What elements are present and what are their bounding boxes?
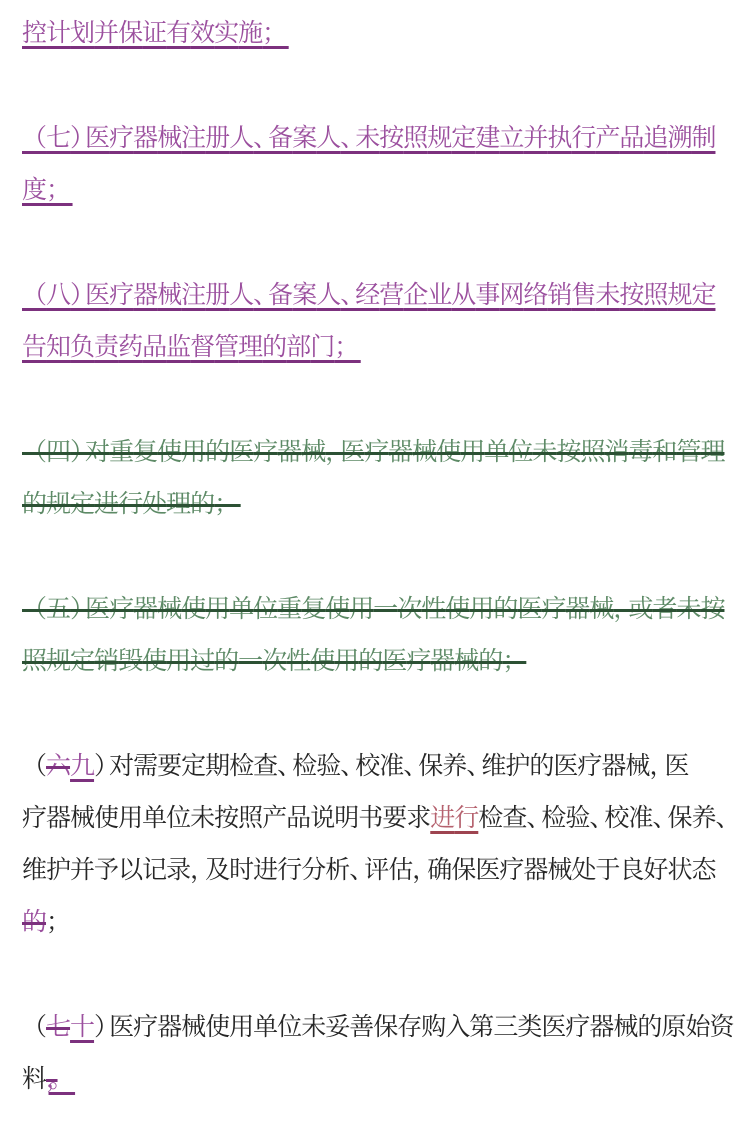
glyph: 械 xyxy=(625,753,649,780)
glyph: 准 xyxy=(379,753,403,780)
glyph: 制 xyxy=(691,125,715,152)
glyph: 查 xyxy=(253,753,277,780)
text-run: 九 xyxy=(70,753,94,780)
glyph: 定 xyxy=(451,125,475,152)
glyph: 检 xyxy=(292,753,316,780)
glyph: 未 xyxy=(355,125,379,152)
glyph: 医 xyxy=(109,1014,133,1041)
text-run: （七）医疗器械注册人、备案人、未按照规定建立并执行产品追溯制 xyxy=(22,125,715,152)
glyph: 疗 xyxy=(109,125,133,152)
glyph: 人 xyxy=(316,125,340,152)
text-line: 料，。 xyxy=(22,1054,722,1106)
text-run: ）对需要定期检查、检验、校准、保养、维护的医疗器械，医 xyxy=(94,753,688,780)
glyph: 用 xyxy=(205,596,229,623)
glyph: 医 xyxy=(553,753,577,780)
glyph: 备 xyxy=(268,125,292,152)
glyph: 者 xyxy=(652,596,676,623)
glyph: 疗 xyxy=(541,596,565,623)
glyph: 用 xyxy=(166,648,190,675)
glyph: 未 xyxy=(595,282,619,309)
glyph: 管 xyxy=(214,334,238,361)
glyph: 护 xyxy=(505,753,529,780)
glyph: 保 xyxy=(373,1014,397,1041)
glyph: 行 xyxy=(118,491,142,518)
glyph: 照 xyxy=(403,125,427,152)
glyph: 六 xyxy=(46,753,70,780)
document-page: 控计划并保证有效实施； （七）医疗器械注册人、备案人、未按照规定建立并执行产品追… xyxy=(0,0,746,1130)
glyph: 七 xyxy=(46,125,70,152)
glyph: 按 xyxy=(379,125,403,152)
glyph: 以 xyxy=(118,857,142,884)
glyph: 七 xyxy=(46,1014,70,1041)
glyph: 产 xyxy=(595,125,619,152)
glyph: 按 xyxy=(700,596,724,623)
glyph: 的 xyxy=(22,909,46,936)
glyph: 立 xyxy=(499,125,523,152)
paragraph: （六九）对需要定期检查、检验、校准、保养、维护的医疗器械，医疗器械使用单位未按照… xyxy=(22,741,722,949)
glyph: 和 xyxy=(652,439,676,466)
glyph: 用 xyxy=(349,596,373,623)
glyph: （ xyxy=(22,125,46,152)
glyph: （ xyxy=(22,753,46,780)
glyph: 养 xyxy=(691,805,715,832)
glyph: 器 xyxy=(157,1014,181,1041)
glyph: 器 xyxy=(133,282,157,309)
glyph: 书 xyxy=(358,805,382,832)
glyph: 四 xyxy=(46,439,70,466)
glyph: 求 xyxy=(406,805,430,832)
glyph: 次 xyxy=(262,648,286,675)
glyph: （ xyxy=(22,282,46,309)
glyph: 械 xyxy=(613,1014,637,1041)
text-run: ； xyxy=(46,909,61,936)
glyph: 需 xyxy=(133,753,157,780)
glyph: 对 xyxy=(109,753,133,780)
glyph: 定 xyxy=(691,282,715,309)
glyph: 予 xyxy=(94,857,118,884)
glyph: 处 xyxy=(571,857,595,884)
text-run: （八）医疗器械注册人、备案人、经营企业从事网络销售未按照规定 xyxy=(22,282,715,309)
glyph: 性 xyxy=(286,648,310,675)
glyph: 器 xyxy=(523,857,547,884)
glyph: 医 xyxy=(85,282,109,309)
glyph: 人 xyxy=(229,125,253,152)
glyph: 状 xyxy=(667,857,691,884)
paragraph: （五）医疗器械使用单位重复使用一次性使用的医疗器械，或者未按照规定销毁使用过的一… xyxy=(22,584,722,688)
text-line: （七十）医疗器械使用单位未妥善保存购入第三类医疗器械的原始资 xyxy=(22,1002,722,1054)
glyph: 确 xyxy=(427,857,451,884)
glyph: 疗 xyxy=(499,857,523,884)
glyph: 医 xyxy=(475,857,499,884)
glyph: 部 xyxy=(286,334,310,361)
glyph: 用 xyxy=(334,648,358,675)
text-run: （五）医疗器械使用单位重复使用一次性使用的医疗器械，或者未按 xyxy=(22,596,724,623)
text-line: 照规定销毁使用过的一次性使用的医疗器械的； xyxy=(22,636,722,688)
glyph: 进 xyxy=(253,857,277,884)
text-run: 十 xyxy=(70,1014,94,1041)
glyph: 三 xyxy=(493,1014,517,1041)
glyph: 并 xyxy=(523,125,547,152)
glyph: 划 xyxy=(70,20,94,47)
glyph: 使 xyxy=(142,648,166,675)
text-run: 照规定销毁使用过的一次性使用的医疗器械的； xyxy=(22,648,517,675)
text-run: 告知负责药品监督管理的部门； xyxy=(22,334,361,361)
text-run: 进行 xyxy=(430,805,478,832)
glyph: 或 xyxy=(628,596,652,623)
glyph: 单 xyxy=(142,805,166,832)
glyph: 校 xyxy=(604,805,628,832)
glyph xyxy=(49,177,73,204)
glyph xyxy=(217,491,241,518)
glyph: 的 xyxy=(22,491,46,518)
glyph: 用 xyxy=(181,439,205,466)
glyph: 械 xyxy=(454,648,478,675)
glyph: 并 xyxy=(94,20,118,47)
glyph: 良 xyxy=(619,857,643,884)
glyph: 用 xyxy=(229,1014,253,1041)
glyph: 保 xyxy=(118,20,142,47)
glyph: 品 xyxy=(619,125,643,152)
glyph: 人 xyxy=(229,282,253,309)
glyph: 销 xyxy=(547,282,571,309)
glyph: 态 xyxy=(691,857,715,884)
glyph: 医 xyxy=(85,125,109,152)
glyph: 进 xyxy=(430,805,454,832)
glyph: 消 xyxy=(604,439,628,466)
glyph: 资 xyxy=(709,1014,733,1041)
glyph: 疗 xyxy=(565,1014,589,1041)
text-line: （五）医疗器械使用单位重复使用一次性使用的医疗器械，或者未按 xyxy=(22,584,722,636)
glyph: 售 xyxy=(571,282,595,309)
glyph: 位 xyxy=(166,805,190,832)
glyph: 医 xyxy=(517,596,541,623)
text-run: （四）对重复使用的医疗器械，医疗器械使用单位未按照消毒和管理 xyxy=(22,439,724,466)
text-line: （八）医疗器械注册人、备案人、经营企业从事网络销售未按照规定 xyxy=(22,270,722,322)
glyph: 注 xyxy=(181,125,205,152)
glyph: 验 xyxy=(316,753,340,780)
text-run: 六 xyxy=(46,753,70,780)
glyph: 告 xyxy=(22,334,46,361)
glyph: 从 xyxy=(451,282,475,309)
glyph: 性 xyxy=(421,596,445,623)
glyph: （ xyxy=(22,439,46,466)
glyph: 的 xyxy=(493,596,517,623)
text-line: 维护并予以记录，及时进行分析、评估，确保医疗器械处于良好状态 xyxy=(22,845,722,897)
text-run: （ xyxy=(22,1014,46,1041)
glyph: 知 xyxy=(46,334,70,361)
glyph: 疗 xyxy=(133,1014,157,1041)
glyph: 负 xyxy=(70,334,94,361)
paragraph: 控计划并保证有效实施； xyxy=(22,8,722,60)
glyph: 械 xyxy=(589,596,613,623)
glyph: 疗 xyxy=(364,439,388,466)
glyph: 证 xyxy=(142,20,166,47)
glyph: 器 xyxy=(133,125,157,152)
text-run: 七 xyxy=(46,1014,70,1041)
glyph: 医 xyxy=(340,439,364,466)
glyph: 督 xyxy=(190,334,214,361)
glyph: 注 xyxy=(181,282,205,309)
text-line: （四）对重复使用的医疗器械，医疗器械使用单位未按照消毒和管理 xyxy=(22,427,722,479)
glyph: 、 xyxy=(715,805,739,832)
text-line: 疗器械使用单位未按照产品说明书要求进行检查、检验、校准、保养、 xyxy=(22,793,722,845)
glyph: 的 xyxy=(190,491,214,518)
glyph: 录 xyxy=(166,857,190,884)
glyph: 第 xyxy=(469,1014,493,1041)
glyph: 销 xyxy=(94,648,118,675)
glyph: 照 xyxy=(580,439,604,466)
glyph: 络 xyxy=(523,282,547,309)
glyph: 五 xyxy=(46,596,70,623)
paragraph: （八）医疗器械注册人、备案人、经营企业从事网络销售未按照规定告知负责药品监督管理… xyxy=(22,270,722,374)
glyph: 理 xyxy=(700,439,724,466)
glyph: 检 xyxy=(541,805,565,832)
glyph: 实 xyxy=(214,20,238,47)
glyph: 械 xyxy=(301,439,325,466)
glyph: 九 xyxy=(70,753,94,780)
glyph: 规 xyxy=(46,491,70,518)
glyph: 械 xyxy=(181,1014,205,1041)
glyph: 册 xyxy=(205,125,229,152)
glyph: 评 xyxy=(364,857,388,884)
glyph: 器 xyxy=(430,648,454,675)
glyph: 使 xyxy=(325,596,349,623)
paragraph: （四）对重复使用的医疗器械，医疗器械使用单位未按照消毒和管理的规定进行处理的； xyxy=(22,427,722,531)
glyph: 重 xyxy=(109,439,133,466)
glyph: 单 xyxy=(253,1014,277,1041)
glyph: 要 xyxy=(382,805,406,832)
glyph: 规 xyxy=(46,648,70,675)
glyph: 于 xyxy=(595,857,619,884)
glyph: 按 xyxy=(556,439,580,466)
text-line: （六九）对需要定期检查、检验、校准、保养、维护的医疗器械，医 xyxy=(22,741,722,793)
glyph: 一 xyxy=(373,596,397,623)
glyph: 器 xyxy=(388,439,412,466)
glyph: （ xyxy=(22,596,46,623)
text-line: 控计划并保证有效实施； xyxy=(22,8,722,60)
glyph: 械 xyxy=(157,125,181,152)
glyph: 行 xyxy=(454,805,478,832)
glyph: 的 xyxy=(529,753,553,780)
glyph: 维 xyxy=(22,857,46,884)
glyph: 护 xyxy=(46,857,70,884)
glyph: 使 xyxy=(436,439,460,466)
text-run: ）医疗器械使用单位未妥善保存购入第三类医疗器械的原始资 xyxy=(94,1014,733,1041)
glyph: 复 xyxy=(301,596,325,623)
glyph: 行 xyxy=(571,125,595,152)
glyph: 定 xyxy=(181,753,205,780)
glyph: 验 xyxy=(565,805,589,832)
glyph: 规 xyxy=(667,282,691,309)
glyph: 保 xyxy=(418,753,442,780)
glyph: 网 xyxy=(499,282,523,309)
glyph: 照 xyxy=(22,648,46,675)
glyph: 单 xyxy=(229,596,253,623)
glyph: 追 xyxy=(643,125,667,152)
glyph: 经 xyxy=(355,282,379,309)
glyph: 妥 xyxy=(325,1014,349,1041)
glyph: 施 xyxy=(238,20,262,47)
glyph: 位 xyxy=(253,596,277,623)
glyph: 器 xyxy=(589,1014,613,1041)
glyph: 产 xyxy=(262,805,286,832)
glyph: 购 xyxy=(421,1014,445,1041)
glyph: 定 xyxy=(70,491,94,518)
glyph: 械 xyxy=(157,596,181,623)
text-run: （ xyxy=(22,753,46,780)
glyph: 溯 xyxy=(667,125,691,152)
glyph xyxy=(265,20,289,47)
glyph: 疗 xyxy=(22,805,46,832)
glyph: 八 xyxy=(46,282,70,309)
glyph: 进 xyxy=(94,491,118,518)
text-line: 度； xyxy=(22,165,722,217)
glyph: 度 xyxy=(22,177,46,204)
glyph: 定 xyxy=(70,648,94,675)
glyph: 案 xyxy=(292,125,316,152)
glyph: 企 xyxy=(403,282,427,309)
glyph: 行 xyxy=(277,857,301,884)
paragraph: （七十）医疗器械使用单位未妥善保存购入第三类医疗器械的原始资料，。 xyxy=(22,1002,722,1106)
text-run: 的规定进行处理的； xyxy=(22,491,241,518)
glyph: 医 xyxy=(664,753,688,780)
glyph xyxy=(51,1066,75,1093)
glyph: 执 xyxy=(547,125,571,152)
text-line: 的； xyxy=(22,897,722,949)
glyph: 器 xyxy=(565,596,589,623)
glyph: 十 xyxy=(70,1014,94,1041)
glyph: 使 xyxy=(181,596,205,623)
glyph: 的 xyxy=(214,648,238,675)
glyph: 对 xyxy=(85,439,109,466)
glyph: 准 xyxy=(628,805,652,832)
glyph: 检 xyxy=(229,753,253,780)
glyph: 效 xyxy=(190,20,214,47)
glyph: 料 xyxy=(22,1066,46,1093)
glyph: 控 xyxy=(22,20,46,47)
glyph: 器 xyxy=(601,753,625,780)
glyph: 册 xyxy=(205,282,229,309)
glyph: 时 xyxy=(229,857,253,884)
glyph: 门 xyxy=(310,334,334,361)
glyph: 管 xyxy=(676,439,700,466)
glyph: 未 xyxy=(532,439,556,466)
glyph: 毒 xyxy=(628,439,652,466)
glyph: 校 xyxy=(355,753,379,780)
glyph: 按 xyxy=(619,282,643,309)
glyph: ； xyxy=(502,648,526,675)
glyph: 维 xyxy=(481,753,505,780)
glyph: 保 xyxy=(667,805,691,832)
glyph: 医 xyxy=(541,1014,565,1041)
glyph: 业 xyxy=(427,282,451,309)
text-run: 疗器械使用单位未按照产品说明书要求 xyxy=(22,805,430,832)
glyph: 药 xyxy=(118,334,142,361)
glyph: 医 xyxy=(382,648,406,675)
glyph: 析 xyxy=(325,857,349,884)
glyph: 用 xyxy=(460,439,484,466)
glyph: 位 xyxy=(277,1014,301,1041)
glyph: 使 xyxy=(157,439,181,466)
glyph: 营 xyxy=(379,282,403,309)
glyph: 的 xyxy=(478,648,502,675)
glyph xyxy=(337,334,361,361)
glyph: 原 xyxy=(661,1014,685,1041)
glyph: 的 xyxy=(637,1014,661,1041)
glyph: （ xyxy=(22,1014,46,1041)
glyph: 照 xyxy=(238,805,262,832)
glyph: 过 xyxy=(190,648,214,675)
glyph: 品 xyxy=(142,334,166,361)
glyph: 人 xyxy=(316,282,340,309)
glyph: 入 xyxy=(445,1014,469,1041)
glyph: 说 xyxy=(310,805,334,832)
glyph: 械 xyxy=(157,282,181,309)
glyph: 明 xyxy=(334,805,358,832)
glyph: 责 xyxy=(94,334,118,361)
glyph: 使 xyxy=(310,648,334,675)
glyph: 用 xyxy=(118,805,142,832)
glyph: 期 xyxy=(205,753,229,780)
glyph: 规 xyxy=(427,125,451,152)
glyph: 用 xyxy=(469,596,493,623)
glyph: 监 xyxy=(166,334,190,361)
glyph: 备 xyxy=(268,282,292,309)
glyph: 疗 xyxy=(109,282,133,309)
glyph: 位 xyxy=(508,439,532,466)
glyph: 未 xyxy=(190,805,214,832)
glyph: 按 xyxy=(214,805,238,832)
paragraph: （七）医疗器械注册人、备案人、未按照规定建立并执行产品追溯制度； xyxy=(22,113,722,217)
glyph: 记 xyxy=(142,857,166,884)
text-line: （七）医疗器械注册人、备案人、未按照规定建立并执行产品追溯制 xyxy=(22,113,722,165)
glyph: 的 xyxy=(358,648,382,675)
glyph: 一 xyxy=(238,648,262,675)
glyph: 重 xyxy=(277,596,301,623)
glyph: 事 xyxy=(475,282,499,309)
text-run: 。 xyxy=(49,1066,76,1093)
text-line: 的规定进行处理的； xyxy=(22,479,722,531)
glyph: 案 xyxy=(292,282,316,309)
glyph: 检 xyxy=(478,805,502,832)
glyph: 次 xyxy=(397,596,421,623)
glyph: 查 xyxy=(502,805,526,832)
glyph: 复 xyxy=(133,439,157,466)
glyph: 医 xyxy=(229,439,253,466)
glyph: 好 xyxy=(643,857,667,884)
glyph: 类 xyxy=(517,1014,541,1041)
text-run: 维护并予以记录，及时进行分析、评估，确保医疗器械处于良好状态 xyxy=(22,857,715,884)
glyph: 使 xyxy=(205,1014,229,1041)
glyph: 未 xyxy=(676,596,700,623)
glyph: 并 xyxy=(70,857,94,884)
glyph: 保 xyxy=(451,857,475,884)
glyph: 器 xyxy=(46,805,70,832)
glyph: 械 xyxy=(547,857,571,884)
glyph: 未 xyxy=(301,1014,325,1041)
glyph: 疗 xyxy=(253,439,277,466)
glyph: 照 xyxy=(643,282,667,309)
glyph: ； xyxy=(46,909,70,936)
glyph: 理 xyxy=(238,334,262,361)
glyph: 建 xyxy=(475,125,499,152)
text-run: 检查、检验、校准、保养、 xyxy=(478,805,730,832)
glyph: 计 xyxy=(46,20,70,47)
glyph: 处 xyxy=(142,491,166,518)
glyph: 的 xyxy=(262,334,286,361)
glyph: 及 xyxy=(205,857,229,884)
glyph: 分 xyxy=(301,857,325,884)
